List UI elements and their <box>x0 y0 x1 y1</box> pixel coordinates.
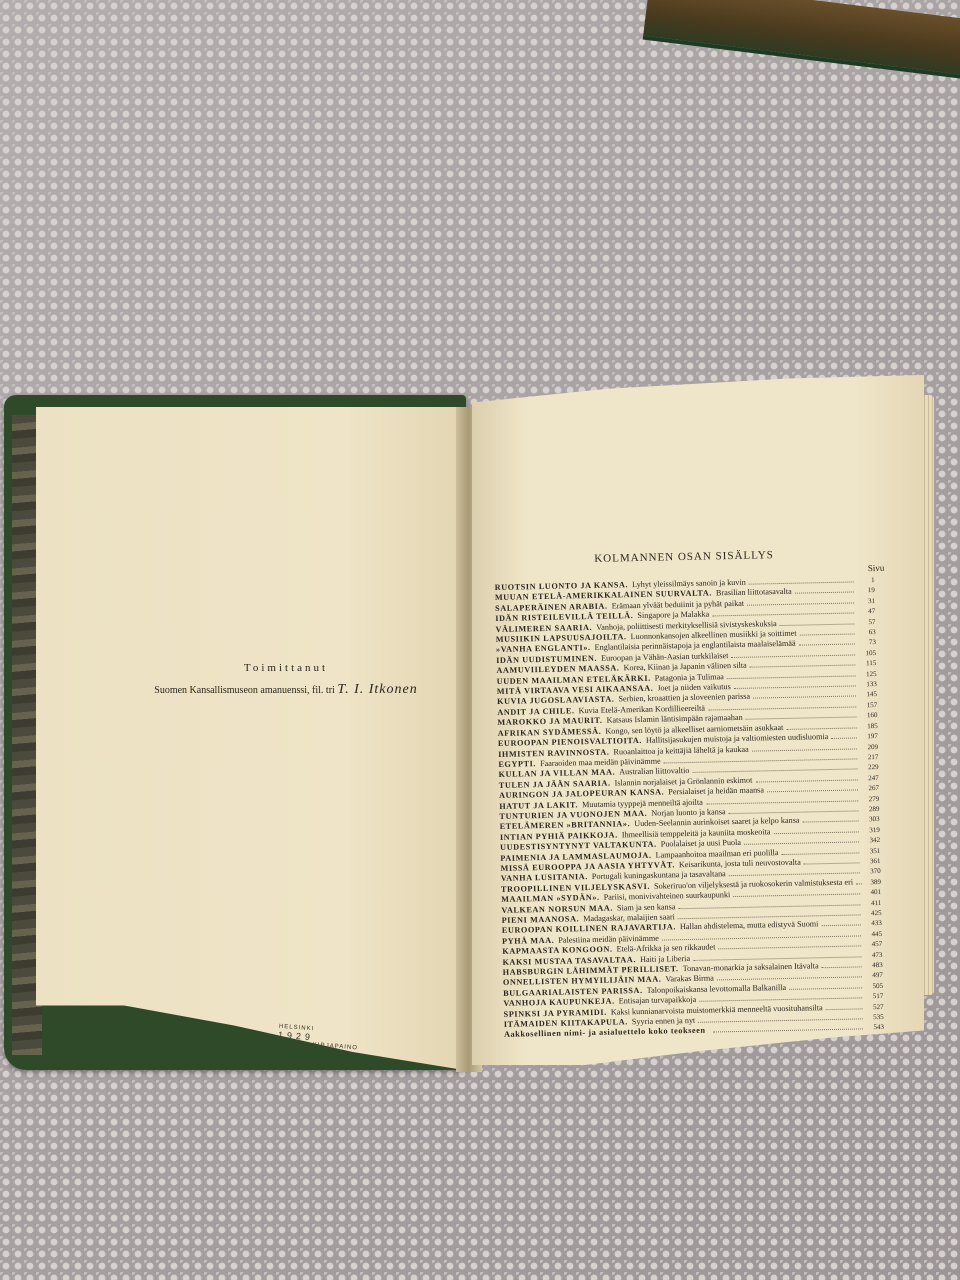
toc-entry-description: Patagonia ja Tulimaa <box>655 672 724 683</box>
toc-entry-title: HATUT JA LAKIT. <box>499 800 578 811</box>
leader-dots <box>729 810 859 814</box>
toc-list: RUOTSIN LUONTO JA KANSA.Lyhyt yleissilmä… <box>495 575 885 1041</box>
leader-dots <box>800 633 855 635</box>
toc-entry-page: 47 <box>857 607 875 617</box>
leader-dots <box>713 1029 863 1033</box>
editor-name: T. I. Itkonen <box>337 682 417 697</box>
editor-affiliation: Suomen Kansallismuseon amanuenssi, fil. … <box>154 685 335 696</box>
leader-dots <box>692 769 857 773</box>
toc-entry-page: 527 <box>865 1003 883 1013</box>
leader-dots <box>733 894 860 898</box>
leader-dots <box>755 779 857 782</box>
toc-entry-description: Singapore ja Malakka <box>637 610 709 621</box>
toc-entry-page: 160 <box>859 711 877 721</box>
leader-dots <box>773 831 858 834</box>
toc-entry-page: 267 <box>861 784 879 794</box>
leader-dots <box>727 675 856 679</box>
leader-dots <box>717 977 862 981</box>
toc-entry-page: 133 <box>859 680 877 690</box>
leader-dots <box>749 581 854 584</box>
toc-entry-page: 425 <box>864 909 882 919</box>
toc-entry-page: 389 <box>865 878 881 888</box>
toc-entry-page: 279 <box>861 795 879 805</box>
leader-dots <box>786 727 856 729</box>
open-book: Toimittanut Suomen Kansallismuseon amanu… <box>4 395 929 1085</box>
toc-entry-description: Varakas Birma <box>665 974 714 984</box>
leader-dots <box>822 966 862 968</box>
leader-dots <box>699 998 862 1002</box>
leader-dots <box>753 696 856 699</box>
leader-dots <box>826 1008 863 1010</box>
toc-entry-description: Entisajan turvapaikkoja <box>619 995 697 1006</box>
toc-entry-page: 19 <box>857 586 875 596</box>
toc-entry-page: 370 <box>863 867 881 877</box>
toc-entry-title: EGYPTI. <box>498 759 536 769</box>
toc-entry-page: 157 <box>859 701 877 711</box>
toc-entry-page: 289 <box>861 805 879 815</box>
toc-entry-page: 483 <box>865 961 883 971</box>
leader-dots <box>799 644 855 646</box>
toc-entry-page: 411 <box>863 899 881 909</box>
toc-entry-description: Haiti ja Liberia <box>640 954 690 964</box>
leader-dots <box>718 946 861 950</box>
toc-entry-page: 473 <box>864 951 882 961</box>
leader-dots <box>782 852 860 855</box>
leader-dots <box>706 800 858 804</box>
toc-entry-page: 342 <box>862 836 880 846</box>
leader-dots <box>780 623 855 626</box>
left-page: Toimittanut Suomen Kansallismuseon amanu… <box>36 407 476 1072</box>
toc-entry-page: 197 <box>860 732 878 742</box>
leader-dots <box>821 925 860 927</box>
leader-dots <box>747 602 854 605</box>
toc-entry-page: 57 <box>857 618 875 628</box>
toc-entry-page: 1 <box>857 576 875 586</box>
toc-entry-page: 361 <box>862 857 880 867</box>
toc-entry-page: 105 <box>858 649 876 659</box>
toc-entry-title: »VANHA ENGLANTI». <box>496 643 591 654</box>
background-book <box>643 0 960 81</box>
toc-entry-page: 433 <box>864 919 882 929</box>
toc-entry-page: 457 <box>864 940 882 950</box>
editor-credit: Toimittanut Suomen Kansallismuseon amanu… <box>76 662 496 698</box>
editor-label: Toimittanut <box>76 662 496 674</box>
leader-dots <box>744 842 859 845</box>
leader-dots <box>698 1018 863 1022</box>
leader-dots <box>734 686 856 690</box>
leader-dots <box>731 654 855 658</box>
toc-entry-page: 73 <box>858 638 876 648</box>
toc-entry-description: Australian liittovaltio <box>619 766 689 777</box>
leader-dots <box>746 717 857 720</box>
leader-dots <box>803 821 859 823</box>
toc-entry-page: 31 <box>857 597 875 607</box>
toc-entry-page: 319 <box>862 826 880 836</box>
toc-entry-description: Brasilian liittotasavalta <box>716 587 792 598</box>
table-of-contents: KOLMANNEN OSAN SISÄLLYS Sivu RUOTSIN LUO… <box>494 547 884 1041</box>
toc-entry-page: 543 <box>866 1023 884 1033</box>
toc-entry-page: 351 <box>862 847 880 857</box>
leader-dots <box>750 665 856 668</box>
toc-entry-page: 229 <box>860 763 878 773</box>
toc-entry-page: 217 <box>860 753 878 763</box>
toc-entry-page: 497 <box>865 971 883 981</box>
toc-entry-page: 535 <box>866 1013 884 1023</box>
toc-entry-page: 505 <box>865 982 883 992</box>
leader-dots <box>804 862 860 864</box>
leader-dots <box>856 883 862 884</box>
leader-dots <box>712 613 854 617</box>
toc-entry-page: 445 <box>864 930 882 940</box>
leader-dots <box>729 873 860 877</box>
editor-line: Suomen Kansallismuseon amanuenssi, fil. … <box>76 682 496 698</box>
toc-entry-page: 125 <box>858 670 876 680</box>
leader-dots <box>795 592 854 594</box>
toc-entry-title: ANDIT JA CHILE. <box>497 706 575 717</box>
toc-entry-page: 247 <box>861 774 879 784</box>
toc-entry-title: VANHA LUSITANIA. <box>501 872 588 883</box>
toc-entry-description: Puolalaiset ja uusi Puola <box>661 838 741 849</box>
leader-dots <box>789 987 862 990</box>
leader-dots <box>708 706 856 710</box>
leader-dots <box>693 956 861 961</box>
toc-entry-page: 185 <box>860 722 878 732</box>
leader-dots <box>752 748 857 751</box>
toc-entry-page: 63 <box>858 628 876 638</box>
toc-entry-description: Madagaskar, malaijien saari <box>583 912 675 923</box>
toc-entry-page: 145 <box>859 690 877 700</box>
toc-entry-page: 401 <box>863 888 881 898</box>
toc-entry-description: Norjan luonto ja kansa <box>651 807 726 818</box>
toc-entry-description: Joet ja niiden vaikutus <box>657 682 731 693</box>
toc-entry-title: PIENI MAANOSA. <box>502 914 580 925</box>
toc-entry-description: Persialaiset ja heidän maansa <box>668 786 764 797</box>
toc-entry-page: 115 <box>858 659 876 669</box>
leader-dots <box>767 790 858 793</box>
toc-entry-title: PYHÄ MAA. <box>502 936 554 946</box>
toc-entry-description: Syyria ennen ja nyt <box>632 1016 696 1027</box>
toc-entry-description: Siam ja sen kansa <box>617 902 676 913</box>
toc-entry-page: 303 <box>862 815 880 825</box>
toc-entry-page: 517 <box>865 992 883 1002</box>
toc-entry-page: 209 <box>860 742 878 752</box>
leader-dots <box>831 738 857 740</box>
